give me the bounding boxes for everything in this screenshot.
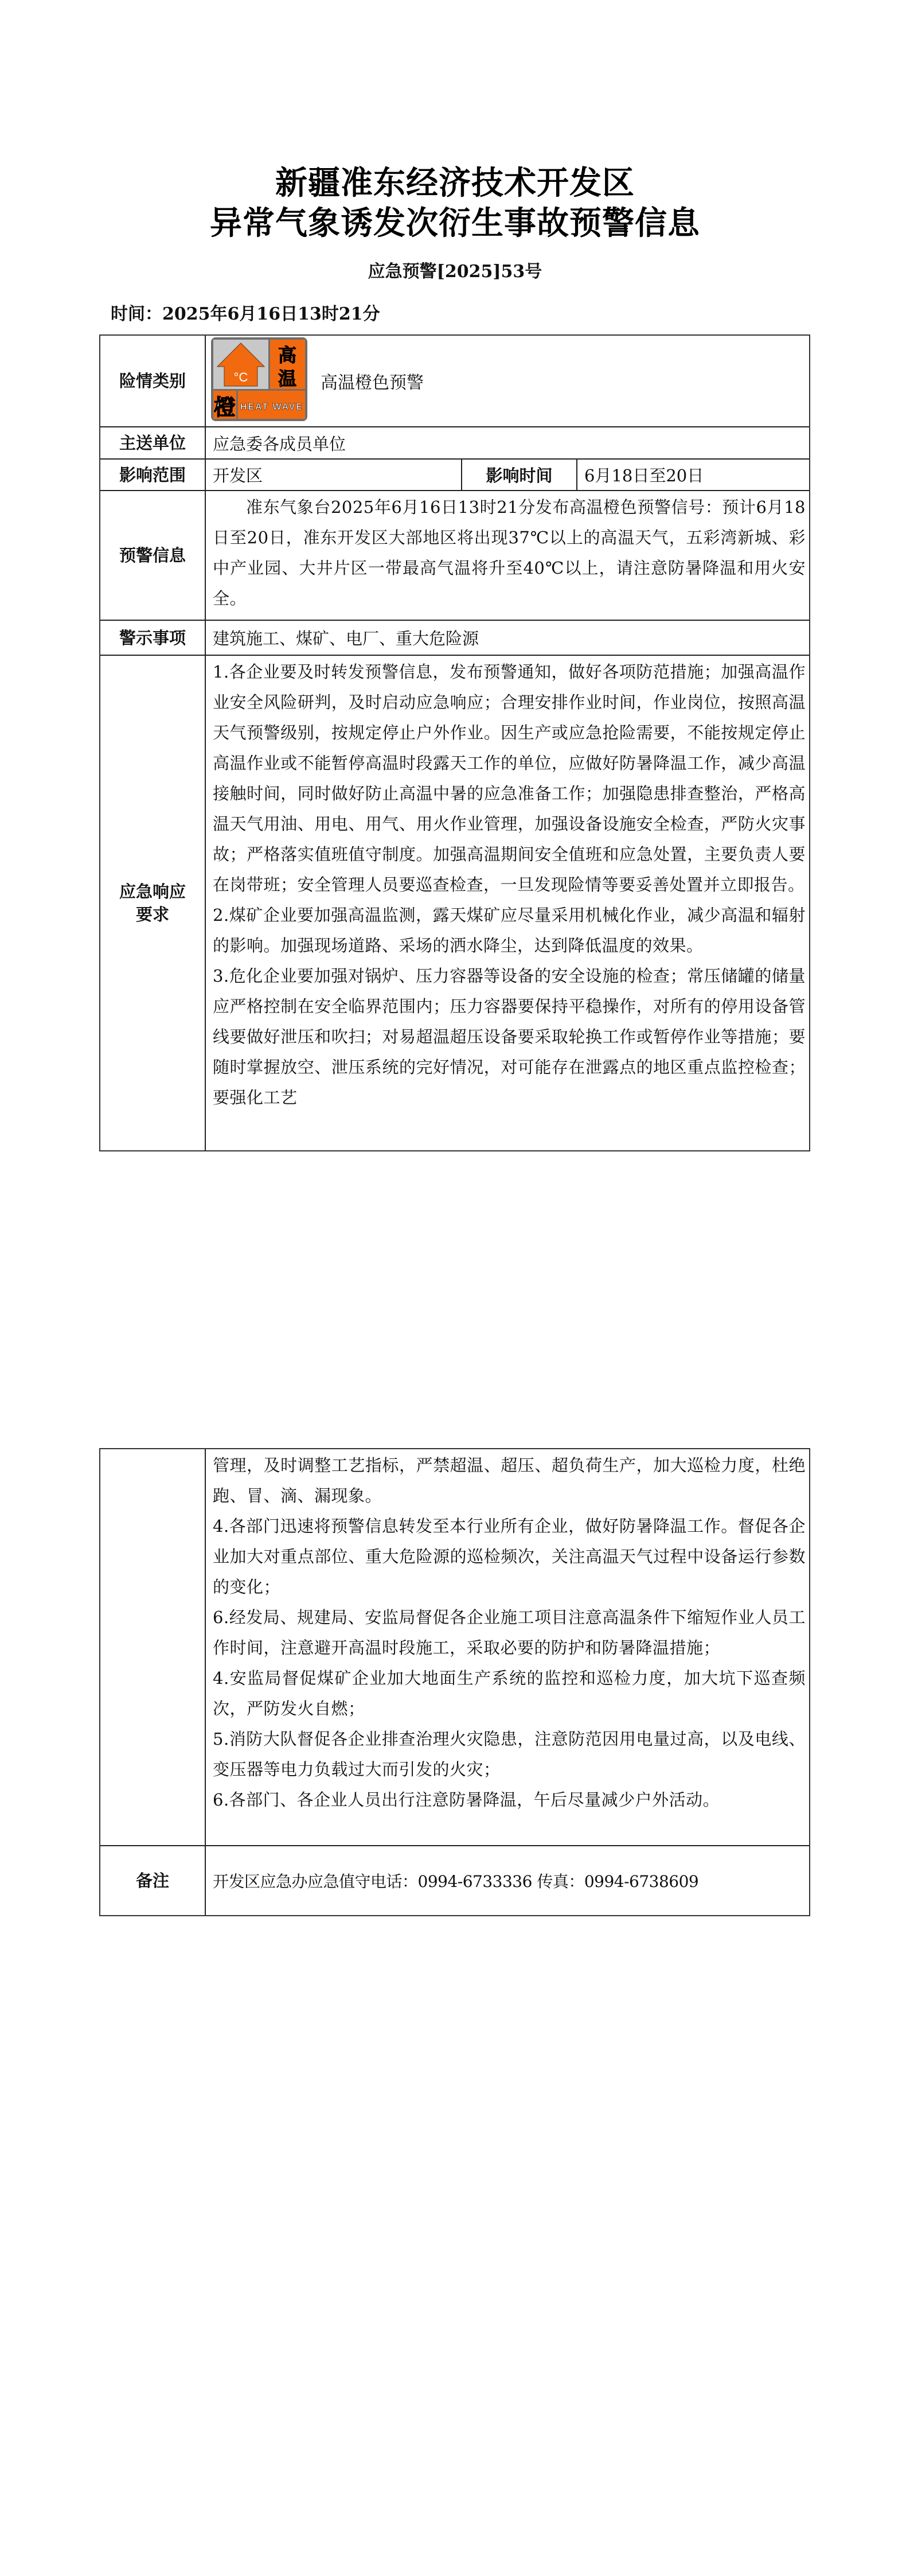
svg-text:HEAT WAVE: HEAT WAVE: [240, 402, 302, 412]
row-remarks: 备注 开发区应急办应急值守电话：0994-6733336 传真：0994-673…: [100, 1845, 809, 1915]
response-list-page1: 1.各企业要及时转发预警信息，发布预警通知，做好各项防范措施；加强高温作业安全风…: [213, 657, 806, 1113]
response-item: 6.各部门、各企业人员出行注意防暑降温，午后尽量减少户外活动。: [213, 1785, 806, 1815]
document-number: 应急预警[2025]53号: [0, 257, 910, 282]
scope-value: 开发区: [206, 460, 459, 490]
response-item: 2.煤矿企业要加强高温监测，露天煤矿应尽量采用机械化作业，减少高温和辐射的影响。…: [213, 900, 806, 961]
remarks-value: 开发区应急办应急值守电话：0994-6733336 传真：0994-673860…: [206, 1846, 809, 1915]
response-item: 3.危化企业要加强对锅炉、压力容器等设备的安全设施的检查；常压储罐的储量应严格控…: [213, 961, 806, 1113]
response-list-page2: 管理，及时调整工艺指标，严禁超温、超压、超负荷生产，加大巡检力度，杜绝跑、冒、滴…: [213, 1450, 806, 1815]
row-hazard-type: 险情类别 °C 高 温 橙 HEAT WAVE 高温橙色预警: [100, 336, 809, 426]
response-item: 6.经发局、规建局、安监局督促各企业施工项目注意高温条件下缩短作业人员工作时间，…: [213, 1602, 806, 1663]
row-recipient: 主送单位 应急委各成员单位: [100, 426, 809, 458]
recipient-value: 应急委各成员单位: [206, 427, 809, 458]
warning-items-value: 建筑施工、煤矿、电厂、重大危险源: [206, 621, 809, 655]
warning-table-page1: 险情类别 °C 高 温 橙 HEAT WAVE 高温橙色预警: [99, 334, 810, 1151]
warning-info-value: 准东气象台2025年6月16日13时21分发布高温橙色预警信号：预计6月18日至…: [213, 492, 806, 614]
row-warning-items: 警示事项 建筑施工、煤矿、电厂、重大危险源: [100, 620, 809, 655]
svg-text:橙: 橙: [214, 395, 236, 420]
warning-table-page2: 管理，及时调整工艺指标，严禁超温、超压、超负荷生产，加大巡检力度，杜绝跑、冒、滴…: [99, 1448, 810, 1916]
svg-text:高: 高: [278, 344, 296, 366]
remarks-label: 备注: [100, 1846, 206, 1915]
title-line-1: 新疆准东经济技术开发区: [0, 164, 910, 204]
response-label-line1: 应急响应: [119, 880, 186, 903]
issue-time: 时间：2025年6月16日13时21分: [111, 299, 380, 325]
row-response: 应急响应 要求 1.各企业要及时转发预警信息，发布预警通知，做好各项防范措施；加…: [100, 655, 809, 1150]
response-item: 管理，及时调整工艺指标，严禁超温、超压、超负荷生产，加大巡检力度，杜绝跑、冒、滴…: [213, 1450, 806, 1511]
row-warning-info: 预警信息 准东气象台2025年6月16日13时21分发布高温橙色预警信号：预计6…: [100, 490, 809, 620]
svg-text:温: 温: [278, 368, 296, 390]
warning-items-label: 警示事项: [100, 621, 206, 655]
time-label: 时间：: [111, 304, 162, 324]
response-label-line2: 要求: [136, 903, 169, 926]
hazard-type-cell: °C 高 温 橙 HEAT WAVE 高温橙色预警: [206, 336, 809, 426]
hazard-type-label: 险情类别: [100, 336, 206, 426]
impact-time-value: 6月18日至20日: [577, 460, 809, 490]
time-value: 2025年6月16日13时21分: [162, 304, 380, 324]
title-line-2: 异常气象诱发次衍生事故预警信息: [0, 204, 910, 244]
impact-time-label: 影响时间: [461, 460, 577, 490]
response-item: 4.安监局督促煤矿企业加大地面生产系统的监控和巡检力度，加大坑下巡查频次，严防发…: [213, 1663, 806, 1724]
response-label: 应急响应 要求: [100, 656, 206, 1150]
heat-wave-orange-warning-icon: °C 高 温 橙 HEAT WAVE: [210, 337, 308, 422]
warning-info-label: 预警信息: [100, 491, 206, 620]
scope-label: 影响范围: [100, 460, 206, 490]
response-item: 5.消防大队督促各企业排查治理火灾隐患，注意防范因用电量过高，以及电线、变压器等…: [213, 1724, 806, 1785]
recipient-label: 主送单位: [100, 427, 206, 458]
svg-text:°C: °C: [234, 370, 248, 384]
row-scope-time: 影响范围 开发区 影响时间 6月18日至20日: [100, 458, 809, 490]
row-response-continued: 管理，及时调整工艺指标，严禁超温、超压、超负荷生产，加大巡检力度，杜绝跑、冒、滴…: [100, 1449, 809, 1845]
response-item: 1.各企业要及时转发预警信息，发布预警通知，做好各项防范措施；加强高温作业安全风…: [213, 657, 806, 900]
response-item: 4.各部门迅速将预警信息转发至本行业所有企业，做好防暑降温工作。督促各企业加大对…: [213, 1511, 806, 1602]
hazard-type-value: 高温橙色预警: [321, 336, 424, 426]
response-label-continued: [100, 1449, 206, 1845]
